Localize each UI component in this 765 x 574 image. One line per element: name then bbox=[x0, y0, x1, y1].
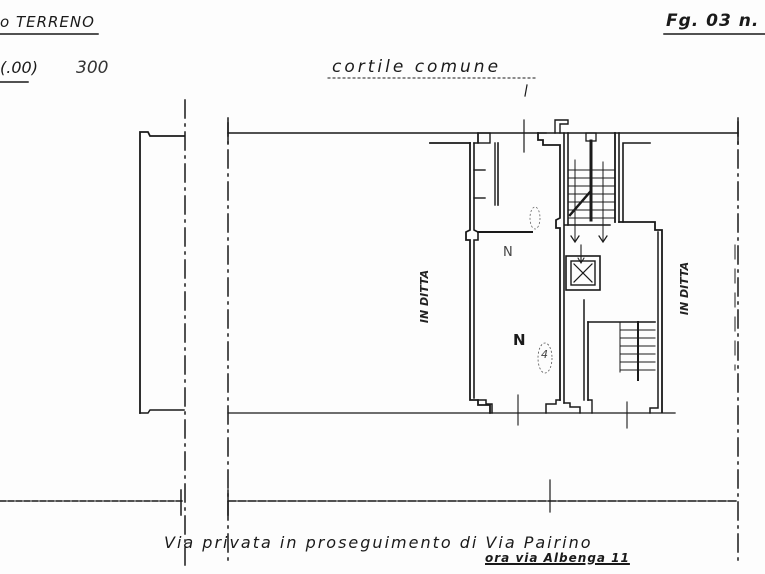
street-label: Via privata in proseguimento di Via Pair… bbox=[164, 533, 593, 552]
right-neighbor-label: IN DITTA bbox=[678, 262, 691, 315]
floor-plan-sheet: o TERRENO Fg. 03 n. (.00) 300 cortile co… bbox=[0, 0, 765, 574]
upper-unit-label: N bbox=[503, 245, 513, 260]
sheet-reference: Fg. 03 n. bbox=[666, 11, 759, 31]
floor-label: o TERRENO bbox=[0, 13, 95, 31]
unit-label: N bbox=[513, 331, 526, 349]
left-code: (.00) bbox=[0, 58, 38, 77]
floor-plan-drawing bbox=[0, 0, 765, 574]
left-neighbor-label: IN DITTA bbox=[418, 270, 431, 323]
courtyard-label: cortile comune bbox=[332, 57, 501, 77]
scale-mark: 300 bbox=[76, 58, 108, 78]
unit-number: 4 bbox=[541, 348, 548, 361]
street-label-current: ora via Albenga 11 bbox=[485, 551, 630, 565]
